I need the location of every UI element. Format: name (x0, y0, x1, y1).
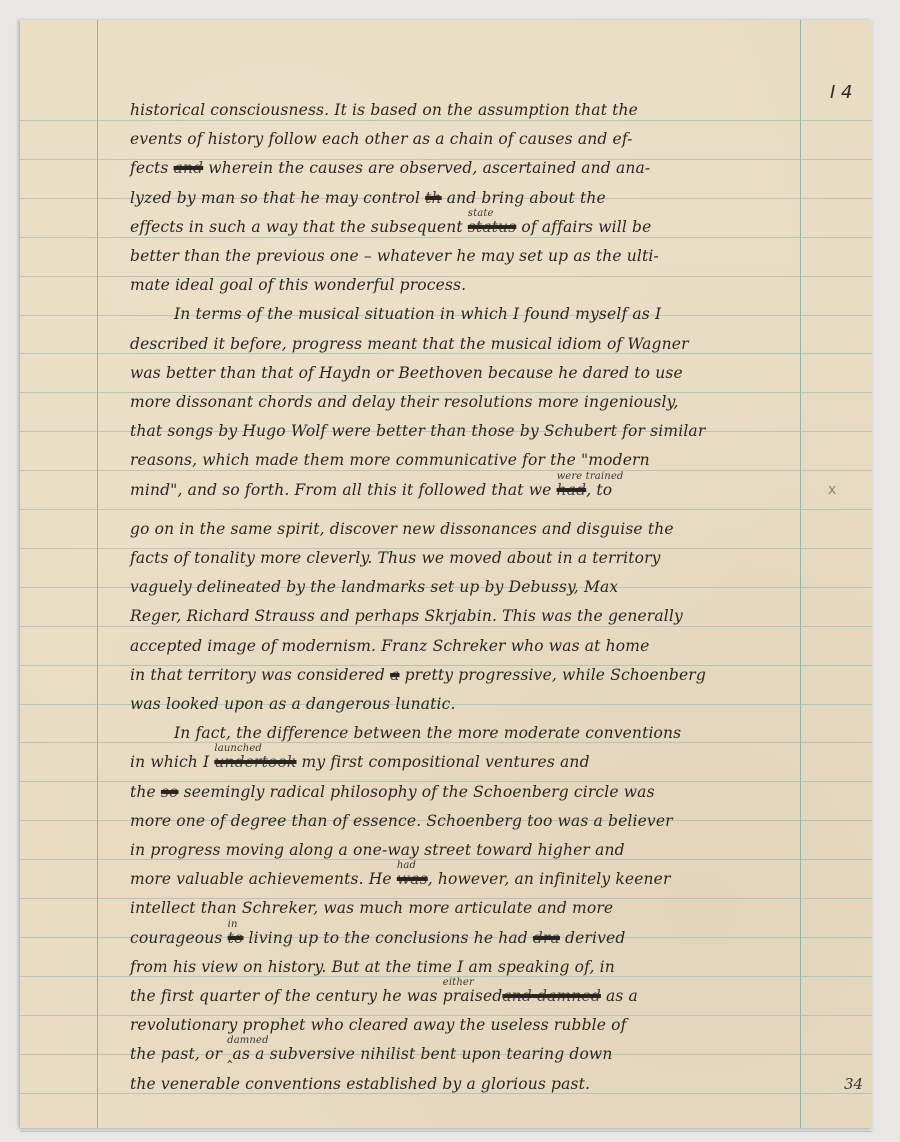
text-segment: more valuable achievements. He (130, 870, 397, 888)
text-line: In terms of the musical situation in whi… (174, 304, 844, 324)
correction: hadwere trained (557, 480, 587, 500)
correction: so (161, 782, 179, 802)
correction: a (390, 665, 399, 685)
text-line: more one of degree than of essence. Scho… (130, 811, 800, 831)
text-segment: events of history follow each other as a… (130, 130, 633, 148)
text-line: better than the previous one – whatever … (130, 246, 800, 266)
text-segment: pretty progressive, while Schoenberg (400, 666, 706, 684)
text-segment: in which I (130, 753, 214, 771)
manuscript-page: I 4 x 34 historical consciousness. It is… (20, 20, 872, 1128)
insertion-text: either (443, 973, 474, 993)
text-line: was better than that of Haydn or Beethov… (130, 363, 800, 383)
text-line: the first quarter of the century he was … (130, 986, 800, 1006)
insertion-text: had (397, 856, 416, 876)
text-segment: , however, an infinitely keener (428, 870, 671, 888)
struck-text: and damned (502, 987, 601, 1005)
insertion-text: damned (227, 1031, 269, 1051)
text-segment: living up to the conclusions he had (243, 929, 532, 947)
text-segment: effects in such a way that the subsequen… (130, 218, 468, 236)
text-segment: my first compositional ventures and (296, 753, 589, 771)
text-line: the venerable conventions established by… (130, 1074, 800, 1094)
correction: and (174, 158, 204, 178)
text-line: in which I undertooklaunched my first co… (130, 752, 800, 772)
ruled-line (20, 509, 872, 510)
page-identifier: I 4 (830, 82, 852, 103)
ruled-line (20, 1131, 872, 1132)
text-segment: facts of tonality more cleverly. Thus we… (130, 549, 661, 567)
text-line: courageous toin living up to the conclus… (130, 928, 800, 948)
right-margin-line (800, 20, 801, 1128)
text-segment: was better than that of Haydn or Beethov… (130, 364, 683, 382)
text-segment: fects (130, 159, 174, 177)
text-line: more valuable achievements. He washad, h… (130, 869, 800, 889)
text-line: go on in the same spirit, discover new d… (130, 519, 800, 539)
text-segment: as a subversive nihilist bent upon teari… (233, 1045, 613, 1063)
text-segment: seemingly radical philosophy of the Scho… (179, 783, 655, 801)
struck-text: and (174, 159, 204, 177)
correction: statusstate (468, 217, 517, 237)
text-segment: revolutionary prophet who cleared away t… (130, 1016, 627, 1034)
correction: toin (228, 928, 244, 948)
text-line: more dissonant chords and delay their re… (130, 392, 800, 412)
text-segment: In terms of the musical situation in whi… (174, 305, 661, 323)
ruled-line (20, 120, 872, 121)
text-segment: courageous (130, 929, 228, 947)
text-line: events of history follow each other as a… (130, 129, 800, 149)
text-line: reasons, which made them more communicat… (130, 450, 800, 470)
insertion-text: in (228, 915, 238, 935)
text-segment: Reger, Richard Strauss and perhaps Skrja… (130, 607, 683, 625)
text-segment: in progress moving along a one-way stree… (130, 841, 625, 859)
struck-text: th (425, 189, 442, 207)
text-line: the so seemingly radical philosophy of t… (130, 782, 800, 802)
margin-check-mark: x (828, 482, 836, 498)
text-segment: derived (560, 929, 625, 947)
text-line: In fact, the difference between the more… (174, 723, 844, 743)
ruled-line (20, 237, 872, 238)
text-segment: was looked upon as a dangerous lunatic. (130, 695, 456, 713)
text-line: that songs by Hugo Wolf were better than… (130, 421, 800, 441)
text-segment: accepted image of modernism. Franz Schre… (130, 637, 649, 655)
text-line: in that territory was considered a prett… (130, 665, 800, 685)
text-segment: more one of degree than of essence. Scho… (130, 812, 673, 830)
text-line: described it before, progress meant that… (130, 334, 800, 354)
text-line: vaguely delineated by the landmarks set … (130, 577, 800, 597)
text-segment: wherein the causes are observed, ascerta… (203, 159, 650, 177)
text-segment: vaguely delineated by the landmarks set … (130, 578, 618, 596)
text-segment: mind", and so forth. From all this it fo… (130, 481, 557, 499)
text-line: mind", and so forth. From all this it fo… (130, 480, 800, 500)
text-line: fects and wherein the causes are observe… (130, 158, 800, 178)
text-segment: in that territory was considered (130, 666, 390, 684)
text-segment: the first quarter of the century he was (130, 987, 443, 1005)
text-segment: historical consciousness. It is based on… (130, 101, 638, 119)
text-line: was looked upon as a dangerous lunatic. (130, 694, 800, 714)
text-line: lyzed by man so that he may control th a… (130, 188, 800, 208)
text-line: mate ideal goal of this wonderful proces… (130, 275, 800, 295)
left-margin-line (97, 20, 98, 1128)
text-segment: the past, or (130, 1045, 227, 1063)
text-segment: and bring about the (442, 189, 606, 207)
text-segment: better than the previous one – whatever … (130, 247, 659, 265)
inserted-word: eitherpraised (443, 986, 503, 1006)
struck-text: dra (533, 929, 560, 947)
text-segment: more dissonant chords and delay their re… (130, 393, 679, 411)
text-segment: the venerable conventions established by… (130, 1075, 590, 1093)
text-line: historical consciousness. It is based on… (130, 100, 800, 120)
text-line: in progress moving along a one-way stree… (130, 840, 800, 860)
insertion-text: were trained (557, 467, 624, 487)
text-segment: mate ideal goal of this wonderful proces… (130, 276, 466, 294)
text-line: Reger, Richard Strauss and perhaps Skrja… (130, 606, 800, 626)
text-line: accepted image of modernism. Franz Schre… (130, 636, 800, 656)
text-segment: the (130, 783, 161, 801)
inserted-word: ‸damned (227, 1044, 232, 1064)
text-line: effects in such a way that the subsequen… (130, 217, 800, 237)
correction: th (425, 188, 442, 208)
text-segment: intellect than Schreker, was much more a… (130, 899, 613, 917)
page-number: 34 (844, 1075, 863, 1093)
insertion-text: launched (214, 739, 262, 759)
text-line: the past, or ‸damnedas a subversive nihi… (130, 1044, 800, 1064)
insertion-text: state (468, 204, 494, 224)
correction: washad (397, 869, 428, 889)
text-segment: of affairs will be (516, 218, 651, 236)
text-segment: described it before, progress meant that… (130, 335, 689, 353)
text-segment: go on in the same spirit, discover new d… (130, 520, 674, 538)
struck-text: a (390, 666, 399, 684)
text-segment: from his view on history. But at the tim… (130, 958, 615, 976)
struck-text: so (161, 783, 179, 801)
text-segment: lyzed by man so that he may control (130, 189, 425, 207)
text-segment: as a (601, 987, 638, 1005)
text-segment: that songs by Hugo Wolf were better than… (130, 422, 705, 440)
text-line: facts of tonality more cleverly. Thus we… (130, 548, 800, 568)
correction: undertooklaunched (214, 752, 296, 772)
